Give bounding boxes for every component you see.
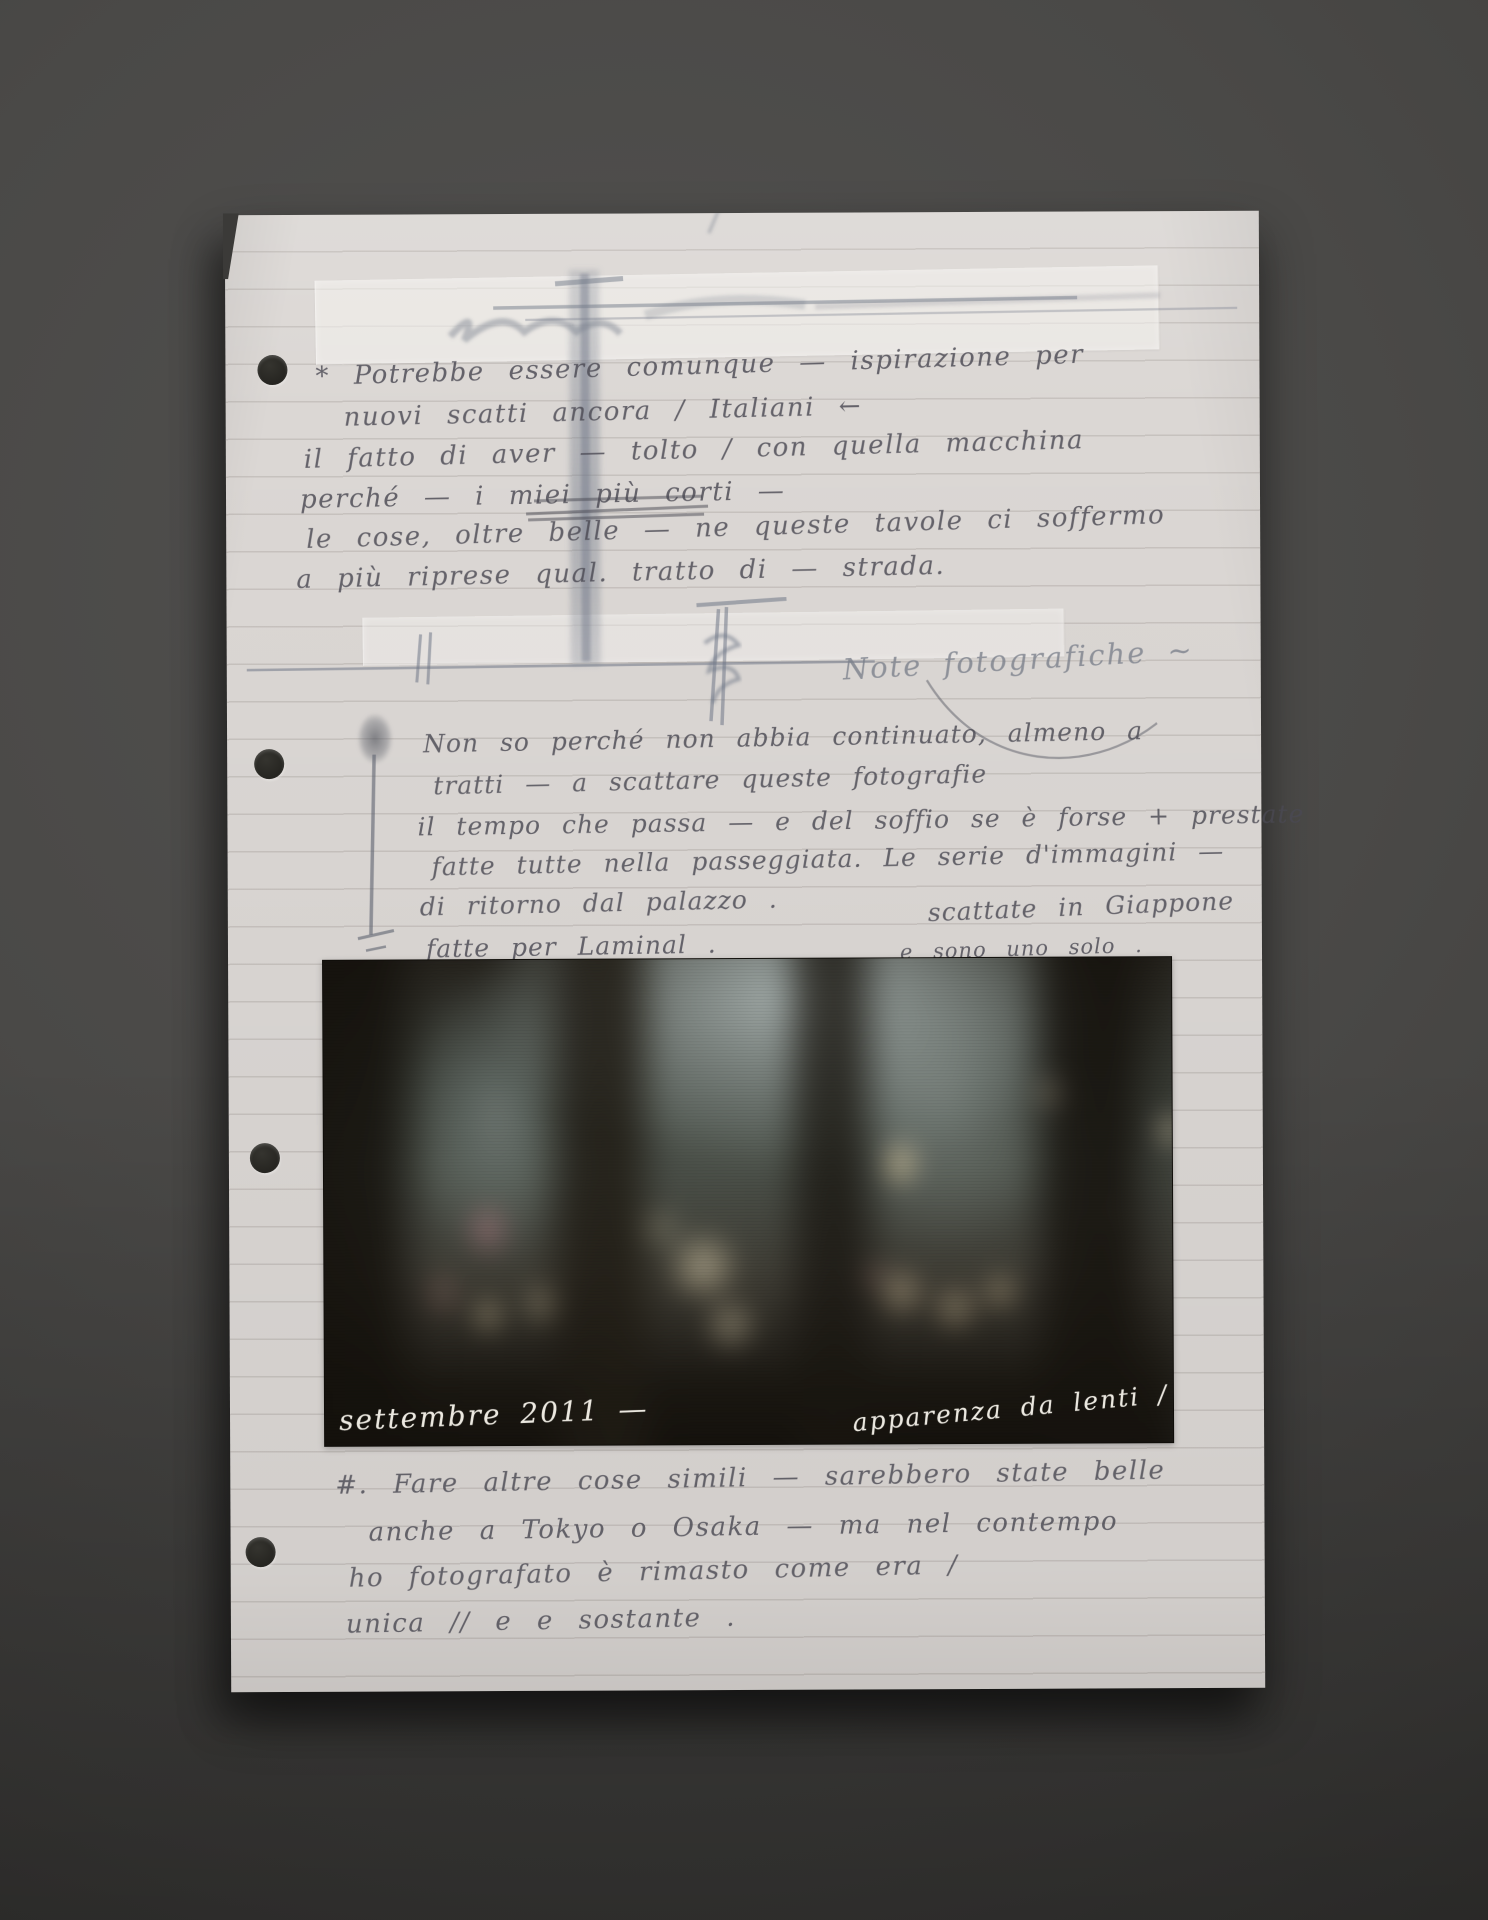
lamp-post-sketch-head [357, 713, 393, 765]
handwriting-line: nuovi scatti ancora / Italiani ← [343, 391, 862, 432]
handwriting-line: unica // e e sostante . [346, 1603, 737, 1640]
handwriting-line: Non so perché non abbia continuato, alme… [423, 716, 1143, 758]
handwriting-line: #. Fare altre cose simili — sarebbero st… [335, 1456, 1166, 1501]
handwritten-paragraph-2: Non so perché non abbia continuato, alme… [225, 211, 1259, 216]
handwriting-line: perché — i miei più corti — [300, 476, 786, 515]
hole-punch [246, 1537, 276, 1567]
hole-punch [250, 1143, 280, 1173]
handwriting-line: anche a Tokyo o Osaka — ma nel contempo [368, 1507, 1118, 1548]
photographed-scene: * Potrebbe essere comunque — ispirazione… [0, 0, 1488, 1920]
handwriting-line: il fatto di aver — tolto / con quella ma… [303, 425, 1084, 475]
hole-punch [257, 355, 287, 385]
paper-sheet: * Potrebbe essere comunque — ispirazione… [225, 211, 1265, 1692]
photo-print: settembre 2011 — apparenza da lenti / [322, 956, 1174, 1447]
hole-punch [254, 749, 284, 779]
handwritten-paragraph-3: #. Fare altre cose simili — sarebbero st… [225, 211, 1259, 216]
handwriting-line: a più riprese qual. tratto di — strada. [296, 551, 945, 595]
photo-print-grain [323, 957, 1173, 1446]
handwriting-line: fatte tutte nella passeggiata. Le serie … [431, 836, 1224, 881]
handwriting-line: ho fotografato è rimasto come era / [348, 1550, 958, 1593]
handwriting-side-note: scattate in Giappone [927, 886, 1234, 927]
handwriting-line: il tempo che passa — e del soffio se è f… [417, 799, 1304, 841]
handwriting-line: tratti — a scattare queste fotografie [433, 759, 987, 800]
handwriting-line: di ritorno dal palazzo . [419, 885, 778, 922]
torn-corner [223, 213, 247, 279]
handwritten-paragraph-1: * Potrebbe essere comunque — ispirazione… [225, 211, 1259, 216]
